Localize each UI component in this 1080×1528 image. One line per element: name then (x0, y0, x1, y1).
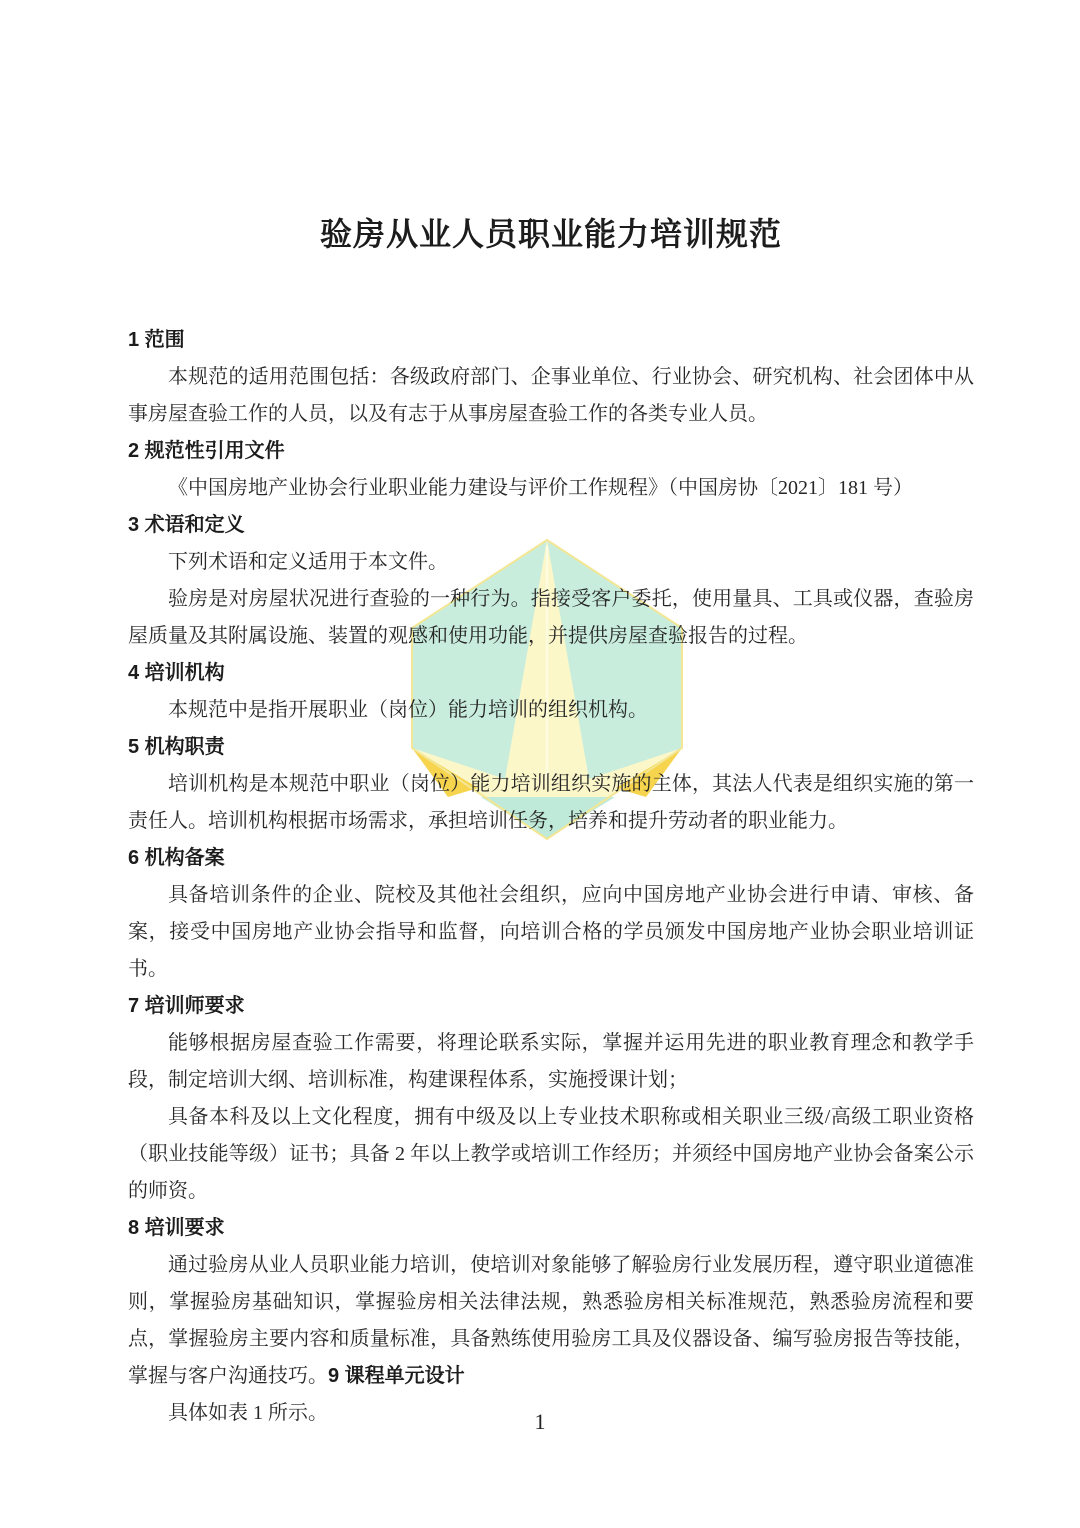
doc-body: 1 范围 本规范的适用范围包括：各级政府部门、企事业单位、行业协会、研究机构、社… (128, 322, 974, 1432)
paragraph: 能够根据房屋查验工作需要，将理论联系实际，掌握并运用先进的职业教育理念和教学手段… (128, 1025, 974, 1099)
section-heading-6: 6 机构备案 (128, 840, 974, 877)
paragraph: 具备培训条件的企业、院校及其他社会组织，应向中国房地产业协会进行申请、审核、备案… (128, 877, 974, 988)
paragraph: 下列术语和定义适用于本文件。 (128, 544, 974, 581)
inline-section-heading-9: 9 课程单元设计 (328, 1365, 465, 1387)
section-heading-4: 4 培训机构 (128, 655, 974, 692)
paragraph: 培训机构是本规范中职业（岗位）能力培训组织实施的主体，其法人代表是组织实施的第一… (128, 766, 974, 840)
paragraph: 具备本科及以上文化程度，拥有中级及以上专业技术职称或相关职业三级/高级工职业资格… (128, 1099, 974, 1210)
document-page: 验房从业人员职业能力培训规范 1 范围 本规范的适用范围包括：各级政府部门、企事… (0, 0, 1080, 1528)
section-heading-5: 5 机构职责 (128, 729, 974, 766)
document-content: 验房从业人员职业能力培训规范 1 范围 本规范的适用范围包括：各级政府部门、企事… (128, 0, 974, 1432)
section-heading-3: 3 术语和定义 (128, 507, 974, 544)
paragraph: 验房是对房屋状况进行查验的一种行为。指接受客户委托，使用量具、工具或仪器，查验房… (128, 581, 974, 655)
section-heading-8: 8 培训要求 (128, 1210, 974, 1247)
paragraph: 本规范的适用范围包括：各级政府部门、企事业单位、行业协会、研究机构、社会团体中从… (128, 359, 974, 433)
doc-title: 验房从业人员职业能力培训规范 (128, 0, 974, 254)
paragraph-text: 通过验房从业人员职业能力培训，使培训对象能够了解验房行业发展历程，遵守职业道德准… (128, 1254, 974, 1387)
section-heading-7: 7 培训师要求 (128, 988, 974, 1025)
section-heading-1: 1 范围 (128, 322, 974, 359)
section-heading-2: 2 规范性引用文件 (128, 433, 974, 470)
paragraph: 通过验房从业人员职业能力培训，使培训对象能够了解验房行业发展历程，遵守职业道德准… (128, 1247, 974, 1395)
paragraph: 《中国房地产业协会行业职业能力建设与评价工作规程》（中国房协〔2021〕181 … (128, 470, 974, 507)
paragraph: 本规范中是指开展职业（岗位）能力培训的组织机构。 (128, 692, 974, 729)
page-number: 1 (0, 1408, 1080, 1436)
